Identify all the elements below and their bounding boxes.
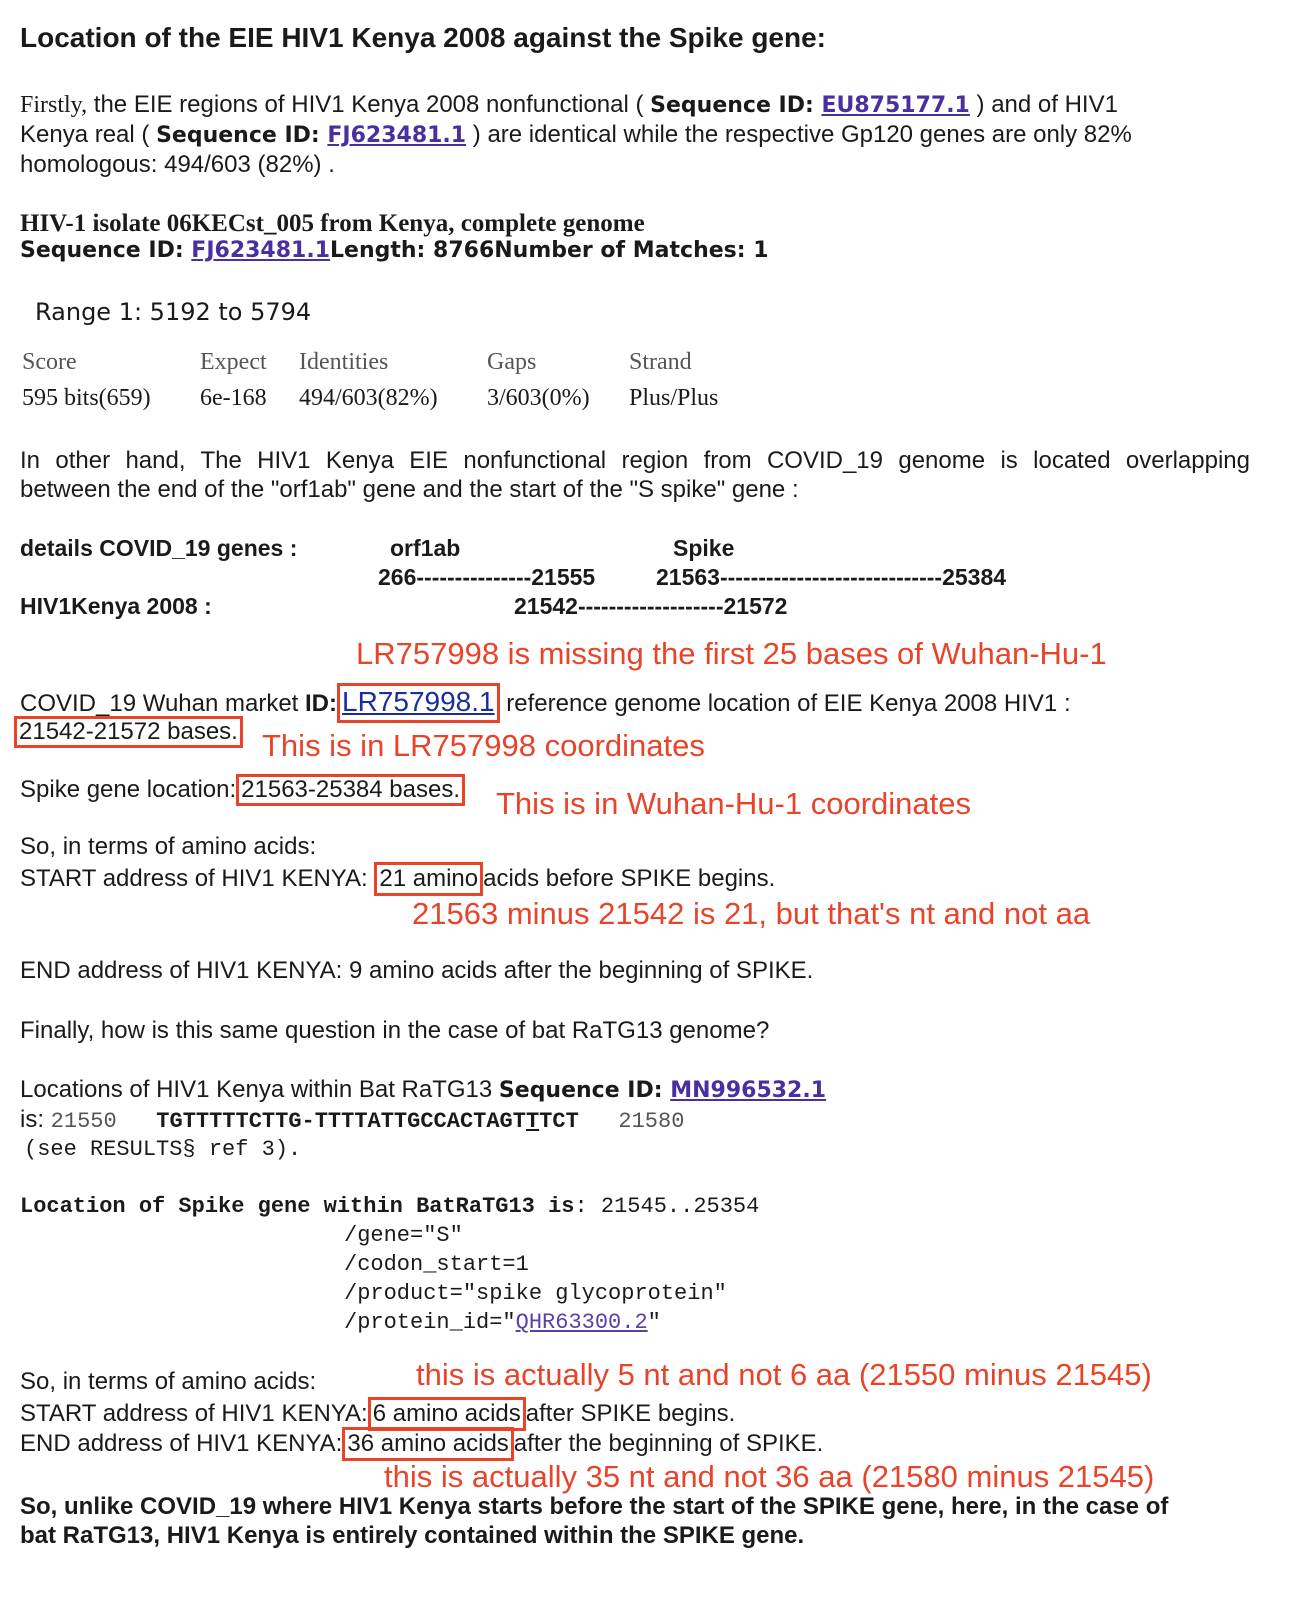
conclusion-line-1: So, unlike COVID_19 where HIV1 Kenya sta… xyxy=(20,1493,1168,1521)
annotation-5-nt: this is actually 5 nt and not 6 aa (2155… xyxy=(416,1357,1152,1393)
link-eu875177[interactable]: EU875177.1 xyxy=(821,93,969,118)
aa2-start-line: START address of HIV1 KENYA:6 amino acid… xyxy=(20,1397,735,1431)
col-expect: Expect xyxy=(200,346,299,378)
aa1-end-line: END address of HIV1 KENYA: 9 amino acids… xyxy=(20,956,813,986)
col-score: Score xyxy=(22,346,200,378)
hit-title: HIV-1 isolate 06KECst_005 from Kenya, co… xyxy=(20,210,645,238)
alignment-stats-table: Score Expect Identities Gaps Strand 595 … xyxy=(22,346,718,418)
hit-meta: Sequence ID: FJ623481.1Length: 8766Numbe… xyxy=(20,238,769,263)
intro-text-4: ) are identical while the respective Gp1… xyxy=(466,121,1132,148)
page-title: Location of the EIE HIV1 Kenya 2008 agai… xyxy=(20,22,826,54)
other-hand-line-2: between the end of the "orf1ab" gene and… xyxy=(20,475,799,505)
seq-end: 21580 xyxy=(618,1109,684,1134)
wuhan-bases-line: 21542-21572 bases. xyxy=(14,716,243,748)
spike-range: 21563-----------------------------25384 xyxy=(656,564,1006,591)
aa1-start-pre: START address of HIV1 KENYA: xyxy=(20,865,368,892)
seq-start: 21550 xyxy=(51,1109,117,1134)
seq-part-b: TCT xyxy=(539,1109,579,1134)
aa1-start-post: acids before SPIKE begins. xyxy=(483,865,775,892)
link-lr757998[interactable]: LR757998.1 xyxy=(342,686,495,717)
see-results: (see RESULTS§ ref 3). xyxy=(24,1137,301,1162)
sequence-id-label: Sequence ID: xyxy=(650,93,821,118)
feature-codon-start: /codon_start=1 xyxy=(344,1252,529,1277)
spike-location-value: : 21545..25354 xyxy=(575,1194,760,1219)
val-identities: 494/603(82%) xyxy=(299,378,487,418)
seq-alignment: TGTTTTTCTTG-TTTTATTGCCACTAGTTTCT xyxy=(156,1109,578,1134)
bat-pre: Locations of HIV1 Kenya within Bat RaTG1… xyxy=(20,1076,499,1103)
protein-id-pre: /protein_id=" xyxy=(344,1310,516,1335)
hit-matches: Number of Matches: 1 xyxy=(494,238,768,263)
finally-line: Finally, how is this same question in th… xyxy=(20,1016,769,1046)
annotation-wuhan-coords: This is in Wuhan-Hu-1 coordinates xyxy=(496,786,971,822)
orf1ab-range: 266---------------21555 xyxy=(378,564,595,591)
hit-range: Range 1: 5192 to 5794 xyxy=(35,298,311,326)
intro-text-1: the EIE regions of HIV1 Kenya 2008 nonfu… xyxy=(87,91,650,118)
spike-location-line: Spike gene location:21563-25384 bases. xyxy=(20,774,465,806)
aa2-start-post: after SPIKE begins. xyxy=(526,1400,735,1427)
wuhan-pre: COVID_19 Wuhan market xyxy=(20,690,305,717)
bat-sequence-line: is: 21550 TGTTTTTCTTG-TTTTATTGCCACTAGTTT… xyxy=(20,1106,684,1134)
feature-gene: /gene="S" xyxy=(344,1223,463,1248)
id-label: ID: xyxy=(305,690,337,717)
annotation-missing-bases: LR757998 is missing the first 25 bases o… xyxy=(356,636,1107,672)
bat-spike-location: Location of Spike gene within BatRaTG13 … xyxy=(20,1194,759,1219)
highlight-box-6-amino: 6 amino acids xyxy=(368,1397,526,1431)
aa2-line-1: So, in terms of amino acids: xyxy=(20,1367,316,1397)
seq-part-a: TGTTTTTCTTG-TTTTATTGCCACTAGT xyxy=(156,1109,526,1134)
aa1-start-line: START address of HIV1 KENYA: 21 aminoaci… xyxy=(20,862,775,896)
intro-line-1: Firstly, the EIE regions of HIV1 Kenya 2… xyxy=(20,90,1118,121)
highlight-box-21-amino: 21 amino xyxy=(374,862,483,896)
aa1-line-1: So, in terms of amino acids: xyxy=(20,832,316,862)
link-mn996532[interactable]: MN996532.1 xyxy=(670,1078,826,1103)
sequence-id-label: Sequence ID: xyxy=(156,123,327,148)
sequence-id-label: Sequence ID: xyxy=(20,238,191,263)
col-strand: Strand xyxy=(629,346,718,378)
link-qhr63300[interactable]: QHR63300.2 xyxy=(516,1310,648,1335)
conclusion-line-2: bat RaTG13, HIV1 Kenya is entirely conta… xyxy=(20,1522,804,1550)
gene-orf1ab: orf1ab xyxy=(390,535,460,562)
genes-label: details COVID_19 genes : xyxy=(20,535,297,562)
aa2-end-post: after the beginning of SPIKE. xyxy=(514,1430,824,1457)
feature-protein-id: /protein_id="QHR63300.2" xyxy=(344,1310,661,1335)
highlight-box-36-amino: 36 amino acids xyxy=(342,1427,513,1461)
sequence-id-label: Sequence ID: xyxy=(499,1078,670,1103)
gene-spike: Spike xyxy=(673,535,734,562)
aa2-end-pre: END address of HIV1 KENYA: xyxy=(20,1430,342,1457)
highlight-box-spike: 21563-25384 bases. xyxy=(236,774,465,806)
protein-id-post: " xyxy=(648,1310,661,1335)
table-header-row: Score Expect Identities Gaps Strand xyxy=(22,346,718,378)
aa2-end-line: END address of HIV1 KENYA:36 amino acids… xyxy=(20,1427,823,1461)
table-row: 595 bits(659) 6e-168 494/603(82%) 3/603(… xyxy=(22,378,718,418)
val-strand: Plus/Plus xyxy=(629,378,718,418)
wuhan-post: reference genome location of EIE Kenya 2… xyxy=(500,690,1071,717)
val-score: 595 bits(659) xyxy=(22,378,200,418)
other-hand-line-1: In other hand, The HIV1 Kenya EIE nonfun… xyxy=(20,446,1250,476)
bat-line-1: Locations of HIV1 Kenya within Bat RaTG1… xyxy=(20,1075,826,1106)
annotation-lr757998-coords: This is in LR757998 coordinates xyxy=(262,728,705,764)
col-identities: Identities xyxy=(299,346,487,378)
hit-length: Length: 8766 xyxy=(330,238,494,263)
intro-line-2: Kenya real ( Sequence ID: FJ623481.1 ) a… xyxy=(20,120,1132,151)
link-fj623481[interactable]: FJ623481.1 xyxy=(327,123,466,148)
highlight-box-bases: 21542-21572 bases. xyxy=(14,716,243,748)
feature-product: /product="spike glycoprotein" xyxy=(344,1281,727,1306)
bat-is: is: xyxy=(20,1106,51,1133)
annotation-35-nt: this is actually 35 nt and not 36 aa (21… xyxy=(384,1459,1154,1495)
intro-text-3: Kenya real ( xyxy=(20,121,156,148)
intro-text-2: ) and of HIV1 xyxy=(970,91,1118,118)
link-hit-fj623481[interactable]: FJ623481.1 xyxy=(191,238,330,263)
val-gaps: 3/603(0%) xyxy=(487,378,629,418)
val-expect: 6e-168 xyxy=(200,378,299,418)
intro-firstly: Firstly, xyxy=(20,92,87,118)
annotation-21-nt: 21563 minus 21542 is 21, but that's nt a… xyxy=(412,896,1090,932)
highlight-box-lr757998: LR757998.1 xyxy=(337,683,500,723)
spike-location-label: Spike gene location: xyxy=(20,776,236,803)
col-gaps: Gaps xyxy=(487,346,629,378)
hiv-label: HIV1Kenya 2008 : xyxy=(20,593,212,620)
aa2-start-pre: START address of HIV1 KENYA: xyxy=(20,1400,368,1427)
spike-location-label: Location of Spike gene within BatRaTG13 … xyxy=(20,1194,575,1219)
hiv-range: 21542-------------------21572 xyxy=(514,593,787,620)
intro-line-3: homologous: 494/603 (82%) . xyxy=(20,150,335,180)
seq-underlined-base: T xyxy=(526,1109,539,1134)
